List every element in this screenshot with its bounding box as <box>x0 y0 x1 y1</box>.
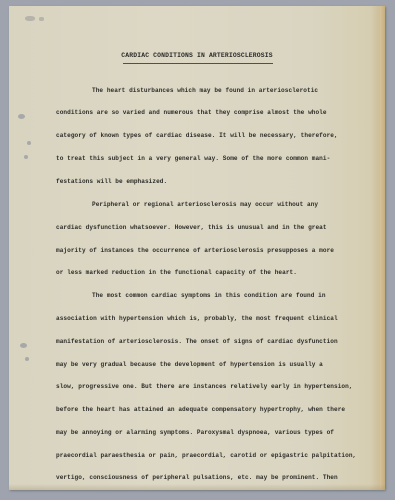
typewritten-page: CARDIAC CONDITIONS IN ARTERIOSCLEROSIS T… <box>9 6 385 490</box>
text-line: slow, progressive one. But there are ins… <box>56 383 353 390</box>
text-line: festations will be emphasized. <box>56 178 167 185</box>
page-edge <box>380 6 385 490</box>
text-line: may be annoying or alarming symptoms. Pa… <box>56 429 334 436</box>
text-line: conditions are so varied and numerous th… <box>56 109 327 116</box>
text-line: vertigo, consciousness of peripheral pul… <box>56 474 338 481</box>
text-line: majority of instances the occurrence of … <box>56 247 334 254</box>
staple-mark <box>20 343 27 348</box>
text-line: cardiac dysfunction whatsoever. However,… <box>56 224 327 231</box>
text-line: to treat this subject in a very general … <box>56 155 330 162</box>
staple-mark <box>18 114 25 119</box>
text-line: or less marked reduction in the function… <box>56 269 297 276</box>
text-line: before the heart has attained an adequat… <box>56 406 345 413</box>
text-line: association with hypertension which is, … <box>56 315 338 322</box>
text-line: praecordial paraesthesia or pain, praeco… <box>56 452 356 459</box>
text-line: category of known types of cardiac disea… <box>56 132 338 139</box>
text-line: Peripheral or regional arteriosclerosis … <box>92 201 318 208</box>
text-line: manifestation of arteriosclerosis. The o… <box>56 338 338 345</box>
text-line: may be very gradual because the developm… <box>56 361 323 368</box>
punch-mark <box>25 357 29 361</box>
punch-mark <box>24 155 28 159</box>
text-line: The heart disturbances which may be foun… <box>92 87 318 94</box>
punch-mark <box>27 141 31 145</box>
text-line: The most common cardiac symptoms in this… <box>92 292 326 299</box>
title-underline <box>123 63 273 64</box>
corner-smudge <box>39 17 44 21</box>
corner-smudge <box>25 16 35 21</box>
document-title: CARDIAC CONDITIONS IN ARTERIOSCLEROSIS <box>9 52 385 59</box>
